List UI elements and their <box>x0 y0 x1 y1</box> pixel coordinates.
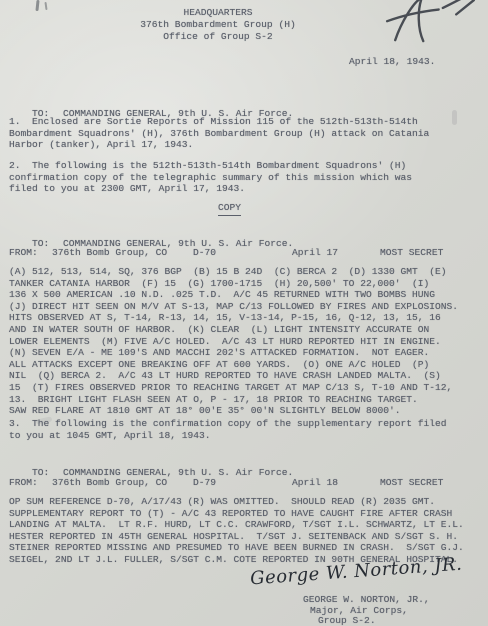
paragraph-line: 3. The following is the confirmation cop… <box>9 418 447 430</box>
supplementary-report: OP SUM REFERENCE D-70, A/17/43 (R) WAS O… <box>9 496 464 566</box>
message-date: April 18 <box>292 477 338 489</box>
telegram-line: TANKER CATANIA HARBOR (F) 15 (G) 1700-17… <box>9 278 458 290</box>
paragraph-line: Harbor (tanker), April 17, 1943. <box>9 139 429 151</box>
message-reference: D-70 <box>193 247 216 259</box>
paragraph-line: 1. Enclosed are Sortie Reports of Missio… <box>9 116 429 128</box>
telegram-line: AND IN WATER SOUTH OF HARBOR. (K) CLEAR … <box>9 324 458 336</box>
letterhead: HEADQUARTERS 376th Bombardment Group (H)… <box>0 7 436 43</box>
telegram-line: SAW RED FLARE AT 1810 GMT AT 18° 00'E 35… <box>9 405 458 417</box>
to-addressee: COMMANDING GENERAL, 9th U. S. Air Force. <box>63 467 293 478</box>
telegram-line: (N) SEVEN E/A - ME 109'S AND MACCHI 202'… <box>9 347 458 359</box>
letterhead-group: 376th Bombardment Group (H) <box>0 19 436 31</box>
paragraph-line: 2. The following is the 512th-513th-514t… <box>9 160 412 172</box>
message-date: April 17 <box>292 247 338 259</box>
from-label: FROM: <box>9 477 38 489</box>
from-label: FROM: <box>9 247 38 259</box>
telegram-line: ALL ATTACKS EXCEPT ONE BREAKING OFF AT 6… <box>9 359 458 371</box>
paragraph-1: 1. Enclosed are Sortie Reports of Missio… <box>9 116 429 151</box>
telegram-line: HESTER REPORTED IN 45TH GENERAL HOSPITAL… <box>9 531 464 543</box>
from-line-2: FROM: 376th Bomb Group, CO D-79 April 18… <box>9 477 479 489</box>
telegram-line: LOWER ELEMENTS (M) FIVE A/C HOLED. A/C 4… <box>9 336 458 348</box>
telegram-line: LANDING AT MALTA. LT R.F. HURD, LT C.C. … <box>9 519 464 531</box>
paragraph-line: filed to you at 2300 GMT, April 17, 1943… <box>9 183 412 195</box>
letterhead-org: HEADQUARTERS <box>0 7 436 19</box>
telegram-line: (J) DIRECT HIT SEEN ON M/V AT S-13, MAP … <box>9 301 458 313</box>
scan-smudge <box>452 110 457 125</box>
telegram-line: 136 X 500 AMERICAN .10 N.D. .025 T.D. A/… <box>9 289 458 301</box>
telegram-line: 13. BRIGHT LIGHT FLASH SEEN AT O, P - 17… <box>9 394 458 406</box>
classification-marking: MOST SECRET <box>380 477 443 489</box>
message-reference: D-79 <box>193 477 216 489</box>
from-unit: 376th Bomb Group, CO <box>52 477 167 489</box>
telegram-line: 15 (T) FIRES OBSERVED PRIOR TO REACHING … <box>9 382 458 394</box>
paragraph-line: to you at 1045 GMT, April 18, 1943. <box>9 430 447 442</box>
paragraph-line: confirmation copy of the telegraphic sum… <box>9 172 412 184</box>
telegram-line: NIL (Q) BERCA 2. A/C 43 LT HURD REPORTED… <box>9 370 458 382</box>
from-unit: 376th Bomb Group, CO <box>52 247 167 259</box>
classification-marking: MOST SECRET <box>380 247 443 259</box>
telegram-line: SUPPLEMENTARY REPORT TO (T) - A/C 43 REP… <box>9 508 464 520</box>
copy-heading: COPY <box>218 202 241 216</box>
paragraph-3: 3. The following is the confirmation cop… <box>9 418 447 441</box>
document-date: April 18, 1943. <box>349 56 435 68</box>
scanned-document-page: HEADQUARTERS 376th Bombardment Group (H)… <box>0 0 488 626</box>
from-line-1: FROM: 376th Bomb Group, CO D-70 April 17… <box>9 247 479 259</box>
telegram-line: STEINER REPORTED MISSING AND PRESUMED TO… <box>9 542 464 554</box>
signer-office: Group S-2. <box>318 615 376 626</box>
telegram-line: HITS OBSERVED AT S, T-14, R-13, 14, 15, … <box>9 312 458 324</box>
paragraph-line: Bombardment Squadrons' (H), 376th Bombar… <box>9 128 429 140</box>
letterhead-office: Office of Group S-2 <box>0 31 436 43</box>
telegraphic-summary-1: (A) 512, 513, 514, SQ, 376 BGP (B) 15 B … <box>9 266 458 417</box>
telegram-line: (A) 512, 513, 514, SQ, 376 BGP (B) 15 B … <box>9 266 458 278</box>
signer-typed-name: GEORGE W. NORTON, JR., <box>303 594 430 606</box>
paragraph-2: 2. The following is the 512th-513th-514t… <box>9 160 412 195</box>
telegram-line: OP SUM REFERENCE D-70, A/17/43 (R) WAS O… <box>9 496 464 508</box>
